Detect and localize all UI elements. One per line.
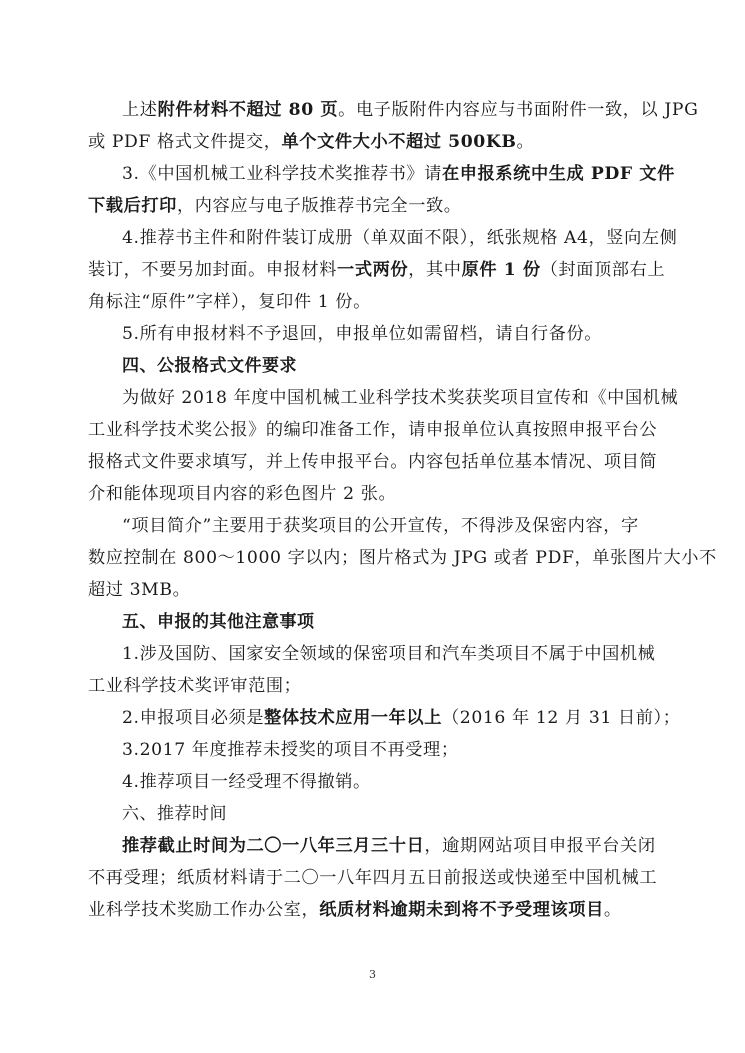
- paragraph-line: 装订，不要另加封面。申报材料一式两份，其中原件 1 份（封面顶部右上: [88, 254, 665, 286]
- text: ，内容应与电子版推荐书完全一致。: [177, 196, 462, 216]
- document-page: 上述附件材料不超过 80 页。电子版附件内容应与书面附件一致，以 JPG 或 P…: [0, 0, 745, 1053]
- text: 3.2017 年度推荐未授奖的项目不再受理；: [122, 740, 459, 760]
- section-heading: 六、推荐时间: [122, 798, 227, 830]
- text: 1.涉及国防、国家安全领域的保密项目和汽车类项目不属于中国机械: [122, 644, 655, 664]
- bold-text: 推荐截止时间为二〇一八年三月三十日: [122, 836, 424, 856]
- text: 为做好 2018 年度中国机械工业科学技术奖获奖项目宣传和《中国机械: [122, 388, 678, 408]
- text: 介和能体现项目内容的彩色图片 2 张。: [88, 484, 396, 504]
- text: 。: [604, 900, 622, 920]
- paragraph-line: 或 PDF 格式文件提交，单个文件大小不超过 500KB。: [88, 126, 534, 158]
- bold-text: 整体技术应用一年以上: [264, 708, 442, 728]
- text: 装订，不要另加封面。申报材料: [88, 260, 337, 280]
- paragraph-line: 4.推荐书主件和附件装订成册（单双面不限），纸张规格 A4，竖向左侧: [122, 222, 677, 254]
- text: 上述: [122, 100, 158, 120]
- paragraph-line: 4.推荐项目一经受理不得撤销。: [122, 766, 371, 798]
- bold-text: 附件材料不超过 80 页: [158, 100, 339, 120]
- text: 5.所有申报材料不予退回，申报单位如需留档，请自行备份。: [122, 324, 602, 344]
- heading-text: 六、推荐时间: [122, 804, 227, 824]
- text: 4.推荐书主件和附件装订成册（单双面不限），纸张规格 A4，竖向左侧: [122, 228, 677, 248]
- text: 超过 3MB。: [88, 580, 190, 600]
- bold-text: 单个文件大小不超过 500KB: [282, 132, 517, 152]
- text: （封面顶部右上: [541, 260, 666, 280]
- paragraph-line: 下载后打印，内容应与电子版推荐书完全一致。: [88, 190, 462, 222]
- paragraph-line: 报格式文件要求填写，并上传申报平台。内容包括单位基本情况、项目简: [88, 446, 657, 478]
- paragraph-line: 3.《中国机械工业科学技术奖推荐书》请在申报系统中生成 PDF 文件: [122, 158, 675, 190]
- paragraph-line: 5.所有申报材料不予退回，申报单位如需留档，请自行备份。: [122, 318, 602, 350]
- paragraph-line: 2.申报项目必须是整体技术应用一年以上（2016 年 12 月 31 日前）；: [122, 702, 681, 734]
- section-heading: 四、公报格式文件要求: [122, 350, 297, 382]
- paragraph-line: “项目简介”主要用于获奖项目的公开宣传，不得涉及保密内容，字: [122, 510, 639, 542]
- section-heading: 五、申报的其他注意事项: [122, 606, 315, 638]
- bold-text: 纸质材料逾期未到将不予受理该项目: [319, 900, 604, 920]
- text: 业科学技术奖励工作办公室，: [88, 900, 319, 920]
- paragraph-line: 上述附件材料不超过 80 页。电子版附件内容应与书面附件一致，以 JPG: [122, 94, 698, 126]
- page-number: 3: [0, 968, 745, 981]
- bold-text: 一式两份: [337, 260, 408, 280]
- bold-text: 在申报系统中生成 PDF 文件: [442, 164, 675, 184]
- text: 或 PDF 格式文件提交，: [88, 132, 282, 152]
- text: （2016 年 12 月 31 日前）；: [442, 708, 681, 728]
- paragraph-line: 推荐截止时间为二〇一八年三月三十日，逾期网站项目申报平台关闭: [122, 830, 656, 862]
- paragraph-line: 工业科学技术奖公报》的编印准备工作，请申报单位认真按照申报平台公: [88, 414, 657, 446]
- text: 。电子版附件内容应与书面附件一致，以 JPG: [338, 100, 698, 120]
- paragraph-line: 业科学技术奖励工作办公室，纸质材料逾期未到将不予受理该项目。: [88, 894, 622, 926]
- text: 工业科学技术奖评审范围；: [88, 676, 301, 696]
- paragraph-line: 不再受理；纸质材料请于二〇一八年四月五日前报送或快递至中国机械工: [88, 862, 657, 894]
- text: 工业科学技术奖公报》的编印准备工作，请申报单位认真按照申报平台公: [88, 420, 657, 440]
- paragraph-line: 数应控制在 800～1000 字以内；图片格式为 JPG 或者 PDF，单张图片…: [88, 542, 717, 574]
- heading-text: 五、申报的其他注意事项: [122, 612, 315, 632]
- paragraph-line: 工业科学技术奖评审范围；: [88, 670, 301, 702]
- text: 4.推荐项目一经受理不得撤销。: [122, 772, 371, 792]
- paragraph-line: 3.2017 年度推荐未授奖的项目不再受理；: [122, 734, 459, 766]
- text: 不再受理；纸质材料请于二〇一八年四月五日前报送或快递至中国机械工: [88, 868, 657, 888]
- text: 数应控制在 800～1000 字以内；图片格式为 JPG 或者 PDF，单张图片…: [88, 548, 717, 568]
- text: 3.《中国机械工业科学技术奖推荐书》请: [122, 164, 442, 184]
- paragraph-line: 超过 3MB。: [88, 574, 190, 606]
- bold-text: 原件 1 份: [462, 260, 541, 280]
- text: 角标注“原件”字样），复印件 1 份。: [88, 292, 371, 312]
- text: ，逾期网站项目申报平台关闭: [424, 836, 655, 856]
- text: 报格式文件要求填写，并上传申报平台。内容包括单位基本情况、项目简: [88, 452, 657, 472]
- paragraph-line: 1.涉及国防、国家安全领域的保密项目和汽车类项目不属于中国机械: [122, 638, 655, 670]
- paragraph-line: 为做好 2018 年度中国机械工业科学技术奖获奖项目宣传和《中国机械: [122, 382, 678, 414]
- text: 2.申报项目必须是: [122, 708, 264, 728]
- heading-text: 四、公报格式文件要求: [122, 356, 297, 376]
- text: “项目简介”主要用于获奖项目的公开宣传，不得涉及保密内容，字: [122, 516, 639, 536]
- text: 。: [517, 132, 535, 152]
- text: ，其中: [408, 260, 461, 280]
- paragraph-line: 角标注“原件”字样），复印件 1 份。: [88, 286, 371, 318]
- bold-text: 下载后打印: [88, 196, 177, 216]
- paragraph-line: 介和能体现项目内容的彩色图片 2 张。: [88, 478, 396, 510]
